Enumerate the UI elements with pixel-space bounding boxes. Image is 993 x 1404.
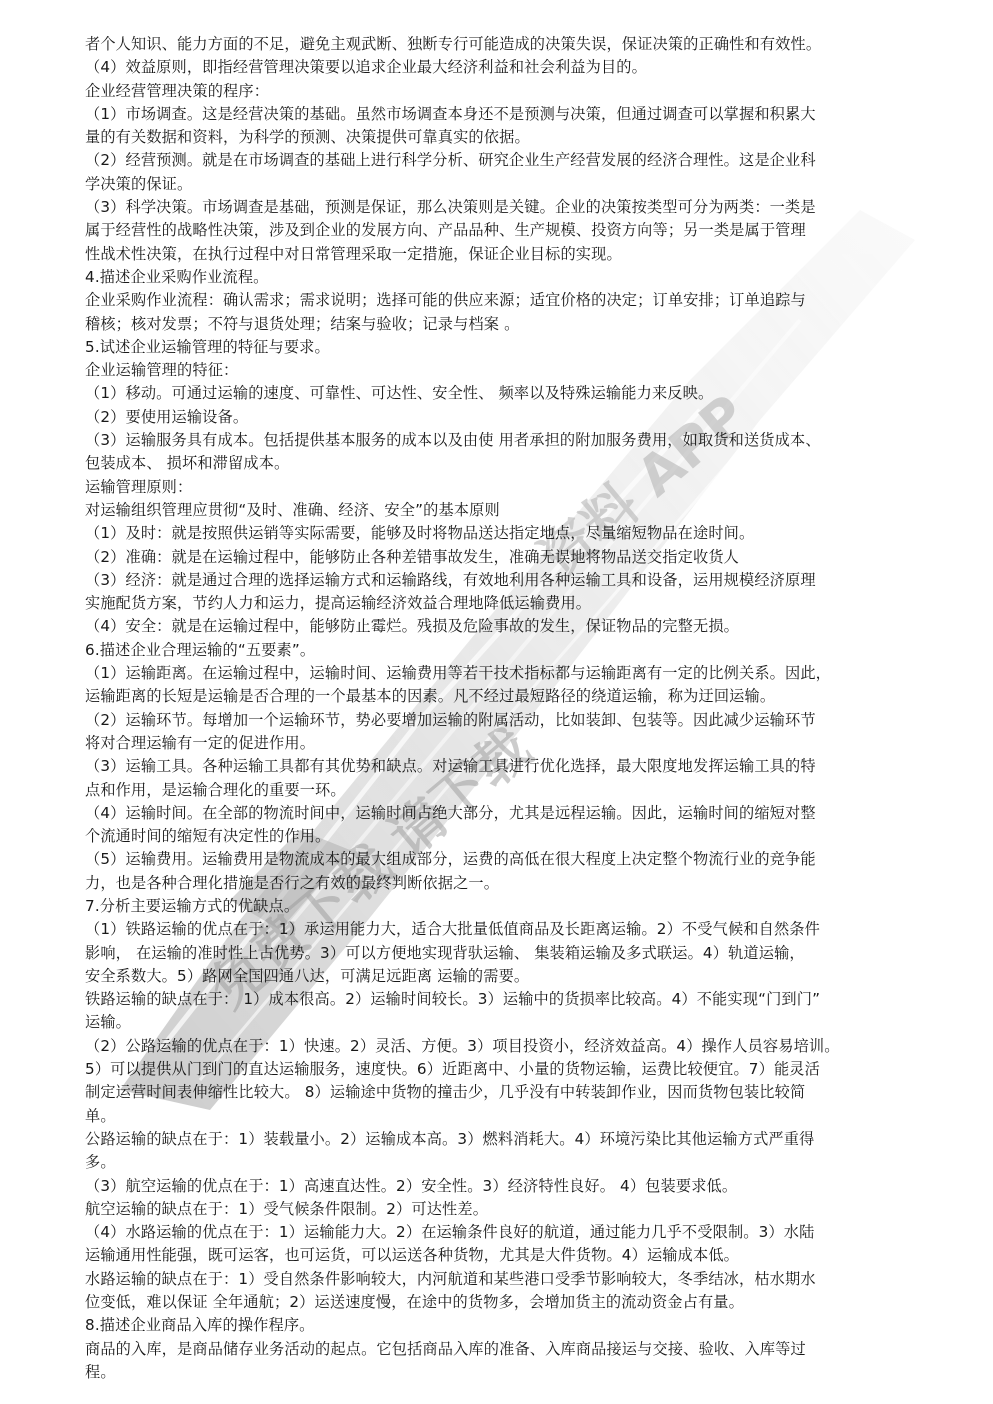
document-line: 力，也是各种合理化措施是否行之有效的最终判断依据之一。 [85, 872, 915, 895]
document-line: 运输通用性能强，既可运客，也可运货，可以运送各种货物，尤其是大件货物。4）运输成… [85, 1244, 915, 1267]
document-line: 5）可以提供从门到门的直达运输服务，速度快。6）近距离中、小量的货物运输，运费比… [85, 1058, 915, 1081]
document-line: （4）水路运输的优点在于：1）运输能力大。2）在运输条件良好的航道，通过能力几乎… [85, 1221, 915, 1244]
document-line: 量的有关数据和资料，为科学的预测、决策提供可靠真实的依据。 [85, 126, 915, 149]
document-line: （2）准确：就是在运输过程中，能够防止各种差错事故发生，准确无误地将物品送交指定… [85, 546, 915, 569]
document-line: 6.描述企业合理运输的“五要素”。 [85, 639, 915, 662]
document-line: 运输距离的长短是运输是否合理的一个最基本的因素。凡不经过最短路径的绕道运输，称为… [85, 685, 915, 708]
document-line: （1）市场调查。这是经营决策的基础。虽然市场调查本身还不是预测与决策，但通过调查… [85, 103, 915, 126]
document-line: 稽核；核对发票；不符与退货处理；结案与验收；记录与档案 。 [85, 313, 915, 336]
document-line: 包装成本、 损坏和滞留成本。 [85, 452, 915, 475]
document-line: （3）运输服务具有成本。包括提供基本服务的成本以及由使 用者承担的附加服务费用，… [85, 429, 915, 452]
document-line: 商品的入库，是商品储存业务活动的起点。它包括商品入库的准备、入库商品接运与交接、… [85, 1338, 915, 1361]
document-line: 4.描述企业采购作业流程。 [85, 266, 915, 289]
document-line: 者个人知识、能力方面的不足，避免主观武断、独断专行可能造成的决策失误，保证决策的… [85, 33, 915, 56]
document-line: 对运输组织管理应贯彻“及时、准确、经济、安全”的基本原则 [85, 499, 915, 522]
document-line: （3）航空运输的优点在于：1）高速直达性。2）安全性。3）经济特性良好。 4）包… [85, 1175, 915, 1198]
document-line: （5）运输费用。运输费用是物流成本的最大组成部分，运费的高低在很大程度上决定整个… [85, 848, 915, 871]
document-line: （2）公路运输的优点在于：1）快速。2）灵活、方便。3）项目投资小，经济效益高。… [85, 1035, 915, 1058]
document-line: 运输管理原则： [85, 476, 915, 499]
document-line: 点和作用，是运输合理化的重要一环。 [85, 779, 915, 802]
document-line: （3）经济：就是通过合理的选择运输方式和运输路线，有效地利用各种运输工具和设备，… [85, 569, 915, 592]
document-line: （1）及时：就是按照供运销等实际需要，能够及时将物品送达指定地点，尽量缩短物品在… [85, 522, 915, 545]
document-line: 8.描述企业商品入库的操作程序。 [85, 1314, 915, 1337]
document-line: 将对合理运输有一定的促进作用。 [85, 732, 915, 755]
document-line: 影响， 在运输的准时性上占优势。3）可以方便地实现背驮运输、 集装箱运输及多式联… [85, 942, 915, 965]
document-line: 企业运输管理的特征： [85, 359, 915, 382]
document-line: 企业经营管理决策的程序： [85, 80, 915, 103]
document-line: （2）运输环节。每增加一个运输环节，势必要增加运输的附属活动，比如装卸、包装等。… [85, 709, 915, 732]
document-line: （3）科学决策。市场调查是基础，预测是保证，那么决策则是关键。企业的决策按类型可… [85, 196, 915, 219]
document-line: 位变低，难以保证 全年通航；2）运送速度慢，在途中的货物多，会增加货主的流动资金… [85, 1291, 915, 1314]
document-line: （4）效益原则，即指经营管理决策要以追求企业最大经济利益和社会利益为目的。 [85, 56, 915, 79]
document-line: （4）运输时间。在全部的物流时间中，运输时间占绝大部分，尤其是远程运输。因此，运… [85, 802, 915, 825]
document-line: （4）安全：就是在运输过程中，能够防止霉烂。残损及危险事故的发生，保证物品的完整… [85, 615, 915, 638]
document-line: 程。 [85, 1361, 915, 1384]
document-line: （2）要使用运输设备。 [85, 406, 915, 429]
document-line: 属于经营性的战略性决策，涉及到企业的发展方向、产品品种、生产规模、投资方向等；另… [85, 219, 915, 242]
document-line: （2）经营预测。就是在市场调查的基础上进行科学分析、研究企业生产经营发展的经济合… [85, 149, 915, 172]
document-line: 学决策的保证。 [85, 173, 915, 196]
document-line: 单。 [85, 1105, 915, 1128]
document-body: 者个人知识、能力方面的不足，避免主观武断、独断专行可能造成的决策失误，保证决策的… [85, 33, 915, 1384]
document-line: 多。 [85, 1151, 915, 1174]
document-line: （1）运输距离。在运输过程中，运输时间、运输费用等若干技术指标都与运输距离有一定… [85, 662, 915, 685]
document-line: （1）铁路运输的优点在于：1）承运用能力大，适合大批量低值商品及长距离运输。2）… [85, 918, 915, 941]
document-line: 安全系数大。5）路网全国四通八达，可满足远距离 运输的需要。 [85, 965, 915, 988]
document-line: 企业采购作业流程：确认需求；需求说明；选择可能的供应来源；适宜价格的决定；订单安… [85, 289, 915, 312]
document-line: 公路运输的缺点在于：1）装载量小。2）运输成本高。3）燃料消耗大。4）环境污染比… [85, 1128, 915, 1151]
document-line: 实施配货方案，节约人力和运力，提高运输经济效益合理地降低运输费用。 [85, 592, 915, 615]
document-line: 个流通时间的缩短有决定性的作用。 [85, 825, 915, 848]
document-line: （3）运输工具。各种运输工具都有其优势和缺点。对运输工具进行优化选择，最大限度地… [85, 755, 915, 778]
document-line: 制定运营时间表伸缩性比较大。 8）运输途中货物的撞击少，几乎没有中转装卸作业，因… [85, 1081, 915, 1104]
document-line: 运输。 [85, 1011, 915, 1034]
document-line: 铁路运输的缺点在于： 1）成本很高。2）运输时间较长。3）运输中的货损率比较高。… [85, 988, 915, 1011]
document-line: 5.试述企业运输管理的特征与要求。 [85, 336, 915, 359]
document-line: 性战术性决策，在执行过程中对日常管理采取一定措施，保证企业目标的实现。 [85, 243, 915, 266]
document-line: （1）移动。可通过运输的速度、可靠性、可达性、安全性、 频率以及特殊运输能力来反… [85, 382, 915, 405]
document-line: 7.分析主要运输方式的优缺点。 [85, 895, 915, 918]
document-line: 水路运输的缺点在于：1）受自然条件影响较大，内河航道和某些港口受季节影响较大，冬… [85, 1268, 915, 1291]
document-line: 航空运输的缺点在于：1）受气候条件限制。2）可达性差。 [85, 1198, 915, 1221]
